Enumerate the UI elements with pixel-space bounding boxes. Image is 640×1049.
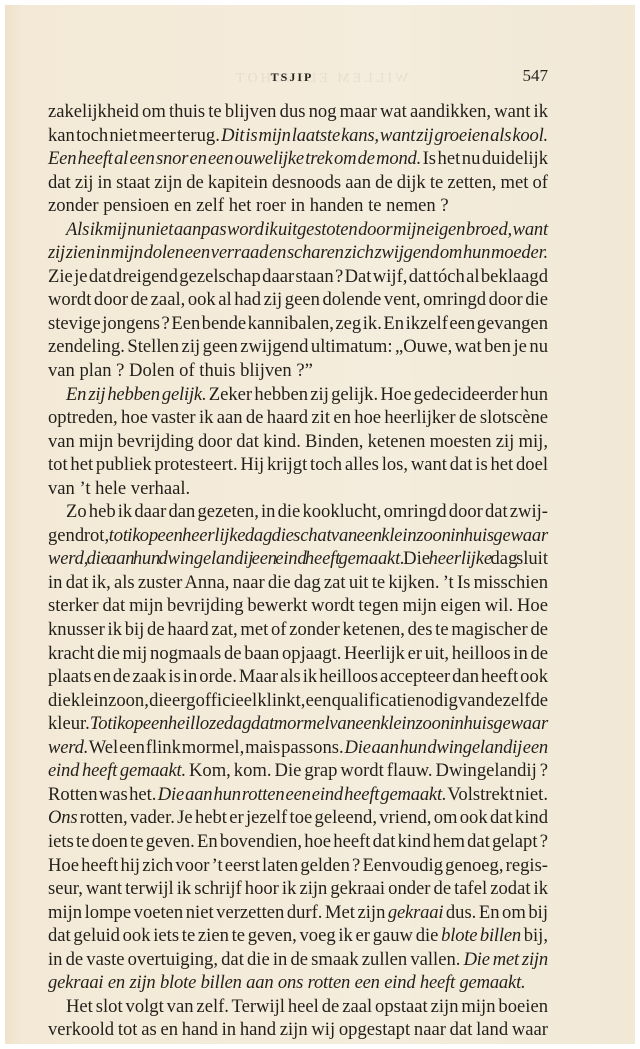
roman-text: die kleinzoon, die erg officieel klinkt,… [48, 690, 548, 711]
text-line: werd, die aan hun dwingelandij een eind … [48, 547, 548, 571]
text-line: Rotten was het. Die aan hun rotten een e… [48, 783, 548, 807]
roman-text: gend rot, [48, 525, 109, 546]
roman-text: iets te doen te geven. En bovendien, hoe… [48, 831, 548, 852]
page-number: 547 [523, 66, 549, 86]
roman-text: Is het nu duidelijk [421, 148, 548, 169]
page-header: TSJIP 547 [48, 66, 548, 90]
roman-text: van mijn bevrijding door dat kind. Binde… [48, 431, 548, 452]
text-line: knusser ik bij de haard zat, met of zond… [48, 618, 548, 642]
roman-text: in dat ik, als zuster Anna, naar die dag… [48, 572, 548, 593]
text-line: zendeling. Stellen zij geen zwijgend ult… [48, 335, 548, 359]
roman-text: rotten, vader. Je hebt er jezelf toe gel… [77, 807, 548, 828]
roman-text: zendeling. Stellen zij geen zwijgend ult… [48, 336, 548, 357]
roman-text: dat geluid ook iets te zien te geven, vo… [48, 925, 441, 946]
roman-text: tot het publiek protesteert. Hij krijgt … [48, 454, 548, 475]
italic-text: tot ik op een heerlijke dag die schat va… [109, 525, 548, 546]
text-line: En zij hebben gelijk. Zeker hebben zij g… [48, 383, 548, 407]
roman-text: Het slot volgt van zelf. Terwijl heel de… [66, 996, 548, 1017]
roman-text: zakelijkheid om thuis te blijven dus nog… [48, 101, 548, 122]
text-line: eind heeft gemaakt. Kom, kom. Die grap w… [48, 759, 548, 783]
text-line: mijn lompe voeten niet verzetten durf. M… [48, 901, 548, 925]
text-line: Het slot volgt van zelf. Terwijl heel de… [48, 995, 548, 1019]
roman-text: van ’t hele verhaal. [48, 478, 190, 499]
text-line: Een heeft al een snor en een ouwelijke t… [48, 147, 548, 171]
text-line: kracht die mij nogmaals de baan opjaagt.… [48, 642, 548, 666]
italic-text: Die aan hun dwingelandij een [345, 737, 548, 758]
text-line: van mijn bevrijding door dat kind. Binde… [48, 430, 548, 454]
text-line: Zo heb ik daar dan gezeten, in die kookl… [48, 500, 548, 524]
italic-text: zij zien in mijn dolen een verraad en sc… [48, 242, 548, 263]
italic-text: Tot ik op een heilloze dag dat mormel va… [90, 713, 548, 734]
text-line: kleur. Tot ik op een heilloze dag dat mo… [48, 712, 548, 736]
roman-text: verkoold tot as en hand in hand zijn wij… [48, 1019, 548, 1040]
italic-text: Als ik mij nu niet aanpas word ik uitges… [66, 219, 548, 240]
text-line: Ons rotten, vader. Je hebt er jezelf toe… [48, 806, 548, 830]
roman-text: bij, [521, 925, 548, 946]
text-line: seur, want terwijl ik schrijf hoor ik zi… [48, 877, 548, 901]
roman-text: Wel een flink mormel, mais passons. [88, 737, 344, 758]
text-line: die kleinzoon, die erg officieel klinkt,… [48, 689, 548, 713]
text-line: Zie je dat dreigend gezelschap daar staa… [48, 265, 548, 289]
italic-text: heerlijke [429, 548, 492, 569]
roman-text: dus. En om bij [443, 902, 548, 923]
text-line: plaats en de zaak is in orde. Maar als i… [48, 665, 548, 689]
roman-text: Kom, kom. Die grap wordt flauw. Dwingela… [186, 760, 548, 781]
italic-text: Een heeft al een snor en een ouwelijke t… [48, 148, 421, 169]
italic-text: Dit is mijn laatste kans, want zij groei… [221, 125, 548, 146]
roman-text: wordt door de zaal, ook al had zij geen … [48, 289, 548, 310]
roman-text: dag sluit [492, 548, 548, 569]
roman-text: kracht die mij nogmaals de baan opjaagt.… [48, 643, 548, 664]
text-line: zakelijkheid om thuis te blijven dus nog… [48, 100, 548, 124]
text-line: in de vaste overtuiging, dat die in de s… [48, 948, 548, 972]
book-page: WILLEM ELSSCHOT TSJIP 547 zakelijkheid o… [5, 5, 635, 1044]
text-line: verkoold tot as en hand in hand zijn wij… [48, 1018, 548, 1042]
running-head: TSJIP [42, 70, 542, 85]
roman-text: dat zij in staat zijn de kapitein desnoo… [48, 172, 548, 193]
roman-text: knusser ik bij de haard zat, met of zond… [48, 619, 548, 640]
roman-text: Rotten was het. [48, 784, 158, 805]
text-line: Als ik mij nu niet aanpas word ik uitges… [48, 218, 548, 242]
text-line: zonder pensioen en zelf het roer in hand… [48, 194, 548, 218]
text-line: kan toch niet meer terug. Dit is mijn la… [48, 124, 548, 148]
text-line: zij zien in mijn dolen een verraad en sc… [48, 241, 548, 265]
roman-text: Volstrekt niet. [446, 784, 548, 805]
roman-text: Zo heb ik daar dan gezeten, in die kookl… [66, 501, 548, 522]
text-line: dat zij in staat zijn de kapitein desnoo… [48, 171, 548, 195]
text-line: van ’t hele verhaal. [48, 477, 548, 501]
italic-text: Die aan hun rotten een eind heeft gemaak… [158, 784, 447, 805]
roman-text: van plan ? Dolen of thuis blijven ?” [48, 360, 313, 381]
roman-text: zonder pensioen en zelf het roer in hand… [48, 195, 449, 216]
text-line: sterker dat mijn bevrijding bewerkt word… [48, 594, 548, 618]
text-line: wordt door de zaal, ook al had zij geen … [48, 288, 548, 312]
italic-text: En zij hebben gelijk. [66, 384, 206, 405]
roman-text: Zeker hebben zij gelijk. Hoe gedecideerd… [206, 384, 548, 405]
roman-text: plaats en de zaak is in orde. Maar als i… [48, 666, 548, 687]
text-line: dat geluid ook iets te zien te geven, vo… [48, 924, 548, 948]
roman-text: kleur. [48, 713, 90, 734]
body-text: zakelijkheid om thuis te blijven dus nog… [48, 100, 548, 1042]
italic-text: werd. [48, 737, 88, 758]
italic-text: gekraai [388, 902, 443, 923]
italic-text: blote billen [441, 925, 521, 946]
roman-text: optreden, hoe vaster ik aan de haard zit… [48, 407, 548, 428]
text-line: Hoe heeft hij zich voor ’t eerst laten g… [48, 854, 548, 878]
roman-text: kan toch niet meer terug. [48, 125, 221, 146]
italic-text: gekraai en zijn blote billen aan ons rot… [48, 972, 526, 993]
text-line: in dat ik, als zuster Anna, naar die dag… [48, 571, 548, 595]
italic-text: eind heeft gemaakt. [48, 760, 186, 781]
roman-text: stevige jongens ? Een bende kannibalen, … [48, 313, 548, 334]
roman-text: Die [405, 548, 429, 569]
text-line: iets te doen te geven. En bovendien, hoe… [48, 830, 548, 854]
roman-text: Zie je dat dreigend gezelschap daar staa… [48, 266, 548, 287]
roman-text: mijn lompe voeten niet verzetten durf. M… [48, 902, 388, 923]
italic-text: Die met zijn [464, 949, 548, 970]
text-line: stevige jongens ? Een bende kannibalen, … [48, 312, 548, 336]
italic-text: werd, die aan hun dwingelandij een eind … [48, 548, 405, 569]
roman-text: Hoe heeft hij zich voor ’t eerst laten g… [48, 855, 548, 876]
text-line: gend rot, tot ik op een heerlijke dag di… [48, 524, 548, 548]
italic-text: Ons [48, 807, 77, 828]
text-line: van plan ? Dolen of thuis blijven ?” [48, 359, 548, 383]
text-line: optreden, hoe vaster ik aan de haard zit… [48, 406, 548, 430]
text-line: gekraai en zijn blote billen aan ons rot… [48, 971, 548, 995]
text-line: tot het publiek protesteert. Hij krijgt … [48, 453, 548, 477]
roman-text: seur, want terwijl ik schrijf hoor ik zi… [48, 878, 548, 899]
roman-text: sterker dat mijn bevrijding bewerkt word… [48, 595, 548, 616]
text-line: werd. Wel een flink mormel, mais passons… [48, 736, 548, 760]
roman-text: in de vaste overtuiging, dat die in de s… [48, 949, 464, 970]
